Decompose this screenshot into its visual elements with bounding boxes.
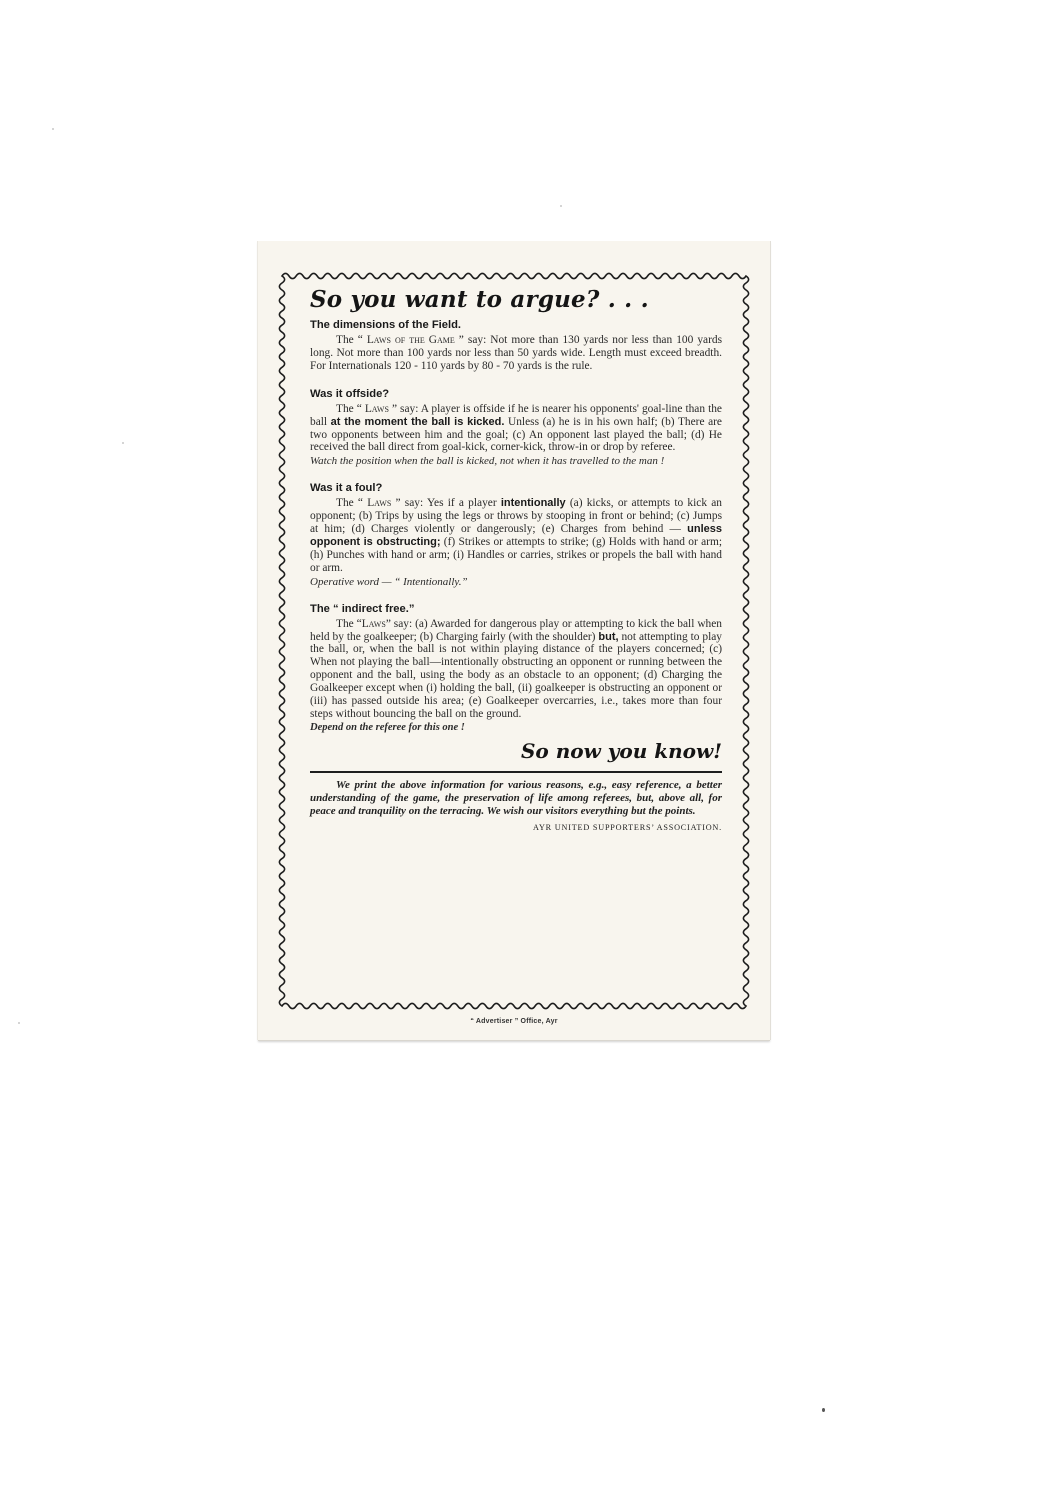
body-text: ” say: Yes if a player bbox=[391, 497, 501, 509]
section-foul: Was it a foul? The “ Laws ” say: Yes if … bbox=[310, 482, 722, 588]
section-body: The “ Laws ” say: Yes if a player intent… bbox=[310, 497, 722, 574]
document-content: So you want to argue? . . . The dimensio… bbox=[310, 286, 722, 832]
section-heading: Was it offside? bbox=[310, 388, 722, 400]
section-note: Operative word — “ Intentionally.” bbox=[310, 576, 722, 589]
emphasis-text: but, bbox=[598, 631, 618, 643]
body-text: The “ bbox=[336, 334, 367, 346]
section-indirect-free: The “ indirect free.” The “Laws” say: (a… bbox=[310, 603, 722, 735]
body-text: not attempting to play the ball, or, whe… bbox=[310, 631, 722, 720]
scan-speck bbox=[18, 1022, 20, 1024]
section-field-dimensions: The dimensions of the Field. The “ Laws … bbox=[310, 319, 722, 373]
emphasis-text: at the moment the ball is kicked. bbox=[331, 416, 505, 428]
body-text: The “ bbox=[336, 497, 367, 509]
body-text: The “ bbox=[336, 403, 365, 415]
section-offside: Was it offside? The “ Laws ” say: A play… bbox=[310, 388, 722, 469]
scan-speck bbox=[560, 205, 562, 207]
section-note: Watch the position when the ball is kick… bbox=[310, 455, 722, 468]
section-body: The “Laws” say: (a) Awarded for dangerou… bbox=[310, 618, 722, 721]
section-body: The “ Laws of the Game ” say: Not more t… bbox=[310, 334, 722, 373]
section-heading: The “ indirect free.” bbox=[310, 603, 722, 615]
body-text: The “ bbox=[336, 618, 362, 630]
scan-speck bbox=[822, 1408, 825, 1412]
printer-imprint: “ Advertiser ” Office, Ayr bbox=[258, 1018, 770, 1025]
divider bbox=[310, 771, 722, 773]
programme-page: So you want to argue? . . . The dimensio… bbox=[258, 241, 770, 1040]
laws-small-caps: Laws bbox=[365, 403, 389, 415]
laws-small-caps: Laws bbox=[367, 497, 391, 509]
scan-speck bbox=[122, 442, 124, 444]
closing-line: So now you know! bbox=[310, 739, 722, 763]
section-heading: The dimensions of the Field. bbox=[310, 319, 722, 331]
laws-small-caps: Laws of the Game bbox=[367, 334, 455, 346]
wavy-border-frame: So you want to argue? . . . The dimensio… bbox=[278, 272, 750, 1010]
scan-speck bbox=[52, 128, 54, 130]
section-body: The “ Laws ” say: A player is offside if… bbox=[310, 403, 722, 455]
emphasis-text: intentionally bbox=[501, 497, 566, 509]
section-note: Depend on the referee for this one ! bbox=[310, 722, 722, 735]
section-heading: Was it a foul? bbox=[310, 482, 722, 494]
footer-statement: We print the above information for vario… bbox=[310, 779, 722, 819]
page-title: So you want to argue? . . . bbox=[310, 286, 722, 313]
laws-small-caps: Laws bbox=[362, 618, 386, 630]
association-signature: AYR UNITED SUPPORTERS’ ASSOCIATION. bbox=[310, 823, 722, 832]
